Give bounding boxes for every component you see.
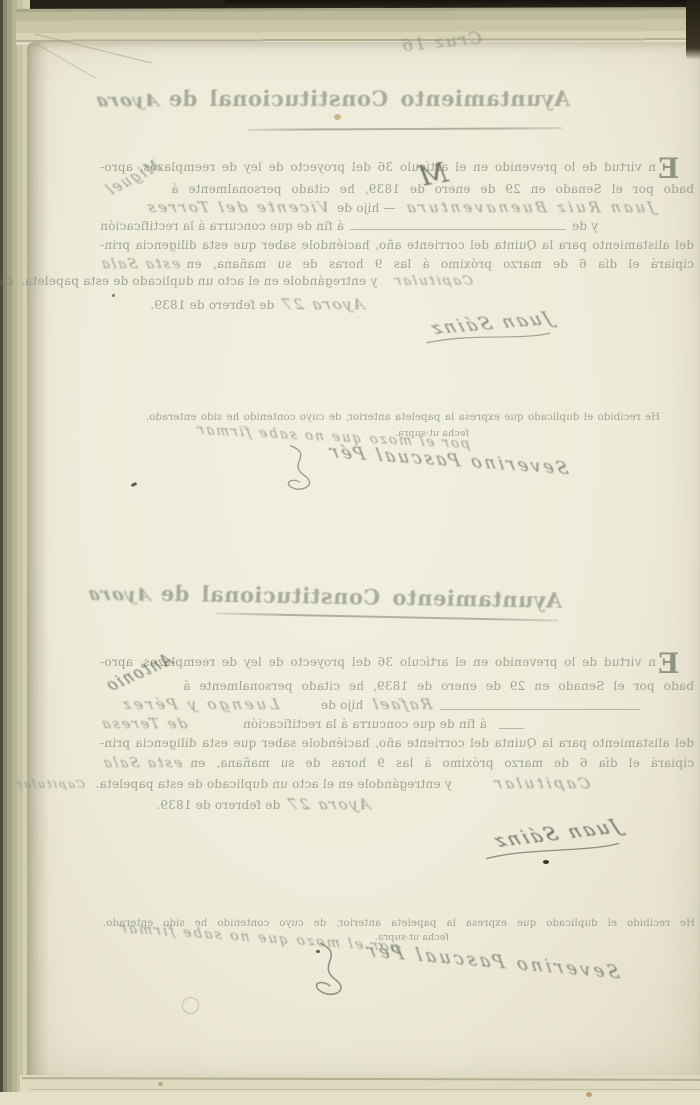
book-scan: { "document": { "pencil_note": "Cruz 16"… <box>0 0 700 1105</box>
place-fill-margin: Capitular <box>0 275 14 288</box>
form-line: del alistamiento para la Quinta del corr… <box>100 736 694 750</box>
form-line: á fin de que concurra á la rectificación… <box>100 716 694 732</box>
stain <box>112 294 115 297</box>
form-line-text: bado por el Senado en 29 de enero de 183… <box>183 679 694 693</box>
form-line-text: á fin de que concurra á la rectificación <box>243 717 487 731</box>
place-fill: esta Sala <box>100 755 184 771</box>
ink-blot <box>543 860 549 864</box>
form-line: bado por el Senado en 29 de enero de 183… <box>100 179 694 197</box>
rubric-flourish-icon <box>305 938 357 1008</box>
father-name-fill: Luengo y Pérez <box>118 695 281 713</box>
form-line-text: cipiará el día 6 de marzo próximo á las … <box>190 756 694 770</box>
name-pre-fill: Rafael <box>369 695 434 713</box>
form-line-text: hijo de <box>321 698 364 712</box>
header-town-fill: Ayora <box>85 584 153 605</box>
place-fill-cont: Capitular <box>391 274 474 289</box>
form-line: Juan Ruiz Buenaventura — hijo de Vicente… <box>100 198 694 216</box>
name-flourish: M <box>414 156 450 194</box>
father-name-fill: Vicente del Torres <box>143 198 331 216</box>
bottom-page-edges <box>0 1092 700 1105</box>
binding-page-edges <box>0 0 30 1105</box>
form-line: n virtud de lo prevenido en el artículo … <box>100 655 656 669</box>
date-place-fill: Ayora 27 <box>284 795 372 813</box>
gutter-shadow <box>27 42 49 1078</box>
form-header-text: Ayuntamiento Constitucional de <box>168 86 570 111</box>
form-line-text: — hijo de <box>337 201 396 215</box>
mother-name-fill: de Teresa <box>98 716 188 732</box>
ring-stain <box>182 997 199 1014</box>
scan-background-corner <box>686 0 700 60</box>
form-line-text: y de <box>572 219 598 233</box>
place-fill: esta Sala <box>98 256 182 272</box>
form-line: del alistamiento para la Quinta del corr… <box>100 238 694 252</box>
form-line-text: á fin de que concurra á la rectificación <box>100 219 344 233</box>
blank-rule <box>440 709 640 710</box>
form-line: y de á fin de que concurra á la rectific… <box>100 219 694 233</box>
form-line-text: cipiará el día 6 de marzo próximo á las … <box>186 257 694 271</box>
place-fill-cont: Capitular <box>490 774 592 792</box>
form-line-text: y entregándole en el acto un duplicado d… <box>21 274 377 288</box>
page-top-deckle-edge <box>16 7 700 45</box>
date-line: Ayora 27 de febrero de 1839. <box>100 795 694 813</box>
date-printed: de febrero de 1839. <box>156 798 280 812</box>
form-line: bado por el Senado en 29 de enero de 183… <box>100 675 694 694</box>
stain <box>158 1082 163 1086</box>
date-printed: de febrero de 1839. <box>150 298 274 312</box>
header-town-fill: Ayora <box>92 91 160 111</box>
place-fill-margin: Capitular <box>14 778 87 791</box>
name-cont-fill: Juan Ruiz Buenaventura <box>402 198 656 216</box>
date-place-fill: Ayora 27 <box>278 295 366 313</box>
form-line-text: y entregándole en el acto un duplicado d… <box>95 777 451 791</box>
bottom-page-edge-line <box>30 1089 700 1090</box>
section1-header: Ayuntamiento Constitucional de Ayora <box>140 86 570 111</box>
form-line: Capitular y entregándole en el acto un d… <box>100 274 694 289</box>
stain <box>586 1092 592 1097</box>
form-line: Rafael hijo de Luengo y Pérez <box>100 695 694 713</box>
rubric-flourish-icon <box>276 441 322 502</box>
stain <box>316 950 320 953</box>
blank-rule <box>350 229 566 230</box>
blank-rule <box>499 728 524 729</box>
form-line: Capitular y entregándole en el acto un d… <box>100 774 694 792</box>
form-line: cipiará el día 6 de marzo próximo á las … <box>100 755 694 771</box>
form-line: cipiará el día 6 de marzo próximo á las … <box>100 256 694 272</box>
stain <box>334 114 341 120</box>
form-line: n virtud de lo prevenido en el artículo … <box>100 160 656 174</box>
date-line: Ayora 27 de febrero de 1839. <box>100 295 694 313</box>
